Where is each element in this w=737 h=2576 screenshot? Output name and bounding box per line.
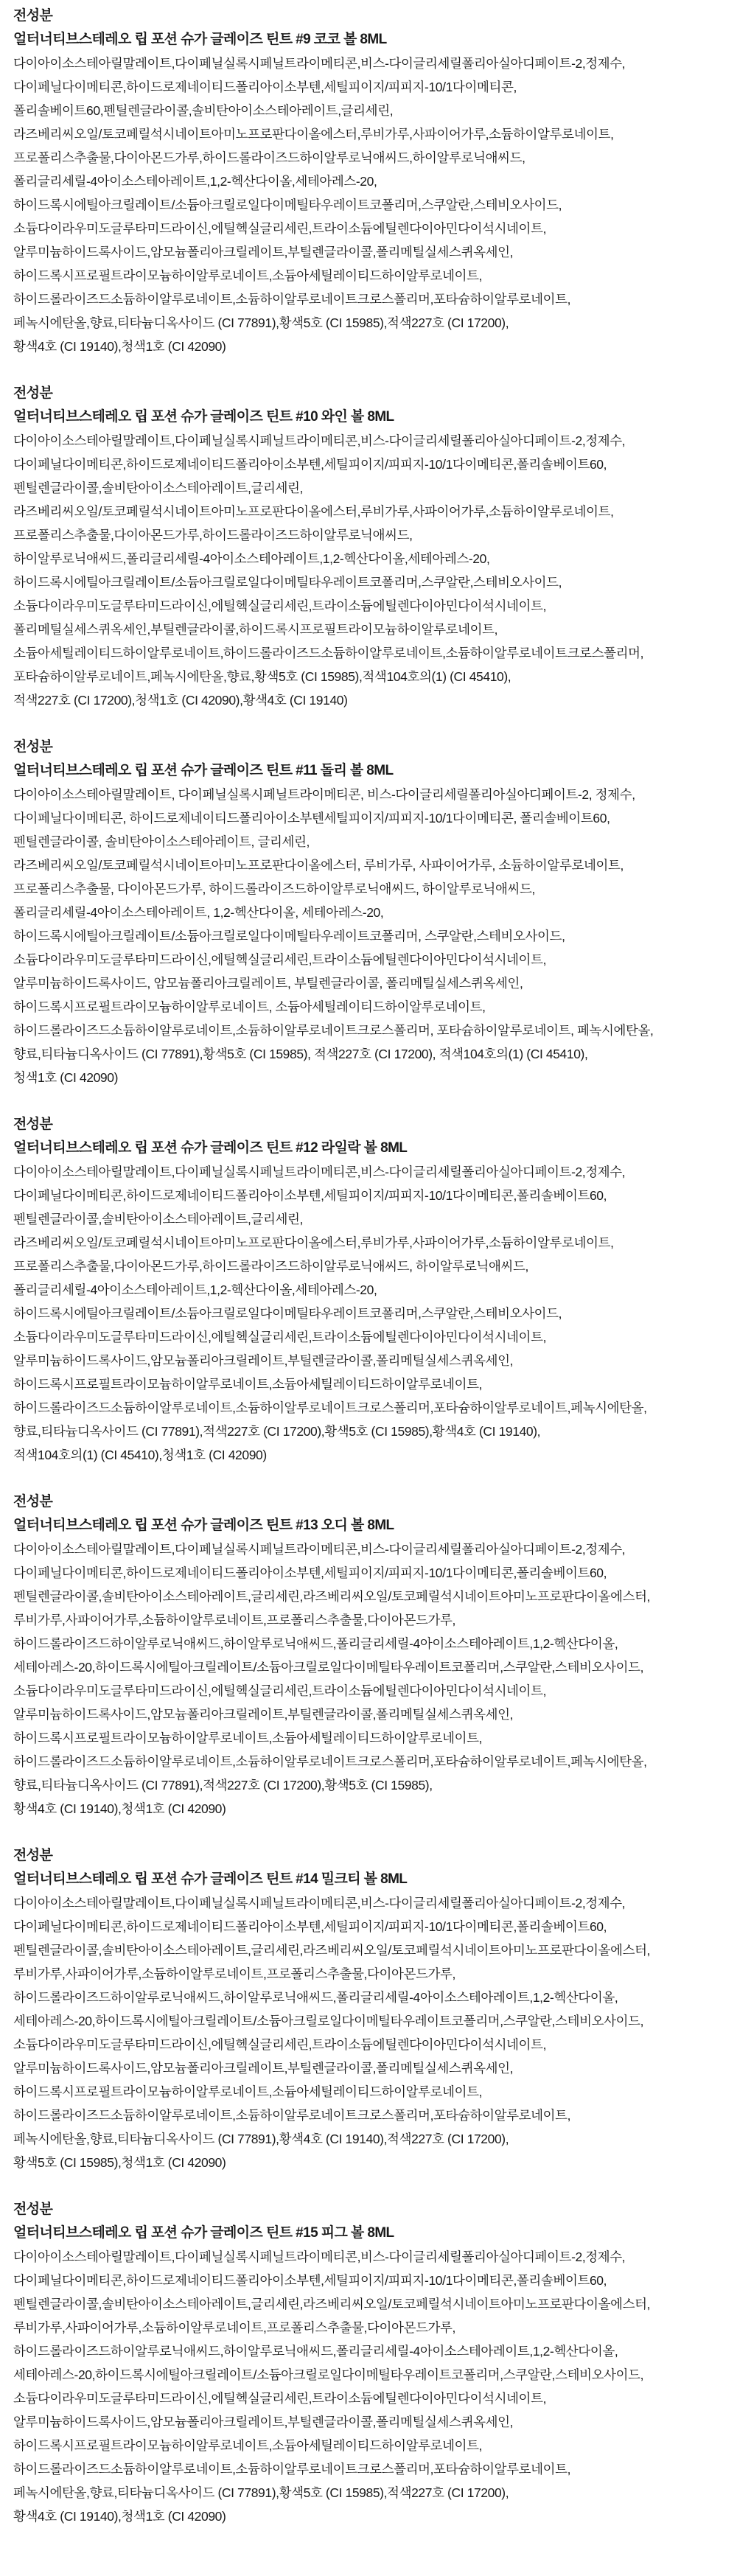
ingredients-line: 청색1호 (CI 42090) (13, 1066, 730, 1089)
ingredients-line: 페녹시에탄올,향료,티타늄디옥사이드 (CI 77891),황색4호 (CI 1… (13, 2127, 730, 2151)
ingredients-line: 다이아이소스테아릴말레이트,다이페닐실록시페닐트라이메티콘,비스-다이글리세릴폴… (13, 1160, 730, 1184)
ingredients-line: 알루미늄하이드록사이드,암모늄폴리아크릴레이트,부틸렌글라이콜,폴리메틸실세스퀴… (13, 1349, 730, 1372)
ingredients-line: 다이페닐다이메티콘,하이드로제네이티드폴리아이소부텐,세틸피이지/피피지-10/… (13, 2269, 730, 2292)
product-title: 얼터너티브스테레오 립 포션 슈가 글레이즈 틴트 #15 피그 볼 8ML (13, 2221, 730, 2245)
ingredients-line: 프로폴리스추출물,다이아몬드가루,하이드롤라이즈드하이알루로닉애씨드,하이알루로… (13, 146, 730, 170)
ingredients-line: 다이아이소스테아릴말레이트,다이페닐실록시페닐트라이메티콘,비스-다이글리세릴폴… (13, 1891, 730, 1915)
ingredients-section: 전성분 얼터너티브스테레오 립 포션 슈가 글레이즈 틴트 #12 라일락 볼 … (13, 1113, 730, 1467)
section-label: 전성분 (13, 4, 730, 28)
ingredients-line: 세테아레스-20,하이드록시에틸아크릴레이트/소듐아크릴로일다이메틸타우레이트코… (13, 2363, 730, 2387)
ingredients-line: 하이드록시에틸아크릴레이트/소듐아크릴로일다이메틸타우레이트코폴리머, 스쿠알란… (13, 924, 730, 948)
ingredients-line: 펜틸렌글라이콜,솔비탄아이소스테아레이트,글리세린,라즈베리씨오일/토코페릴석시… (13, 2292, 730, 2316)
ingredients-line: 하이드롤라이즈드소듐하이알루로네이트,소듐하이알루로네이트크로스폴리머,포타슘하… (13, 287, 730, 311)
ingredients-line: 하이드롤라이즈드소듐하이알루로네이트,소듐하이알루로네이트크로스폴리머, 포타슘… (13, 1019, 730, 1042)
ingredients-line: 소듐다이라우미도글루타미드라이신,에틸헥실글리세린,트라이소듐에틸렌다이아민다이… (13, 217, 730, 240)
ingredients-line: 폴리글리세릴-4아이소스테아레이트,1,2-헥산다이올,세테아레스-20, (13, 1278, 730, 1302)
ingredients-line: 페녹시에탄올,향료,티타늄디옥사이드 (CI 77891),황색5호 (CI 1… (13, 311, 730, 335)
ingredients-section: 전성분 얼터너티브스테레오 립 포션 슈가 글레이즈 틴트 #15 피그 볼 8… (13, 2198, 730, 2528)
ingredients-line: 프로폴리스추출물,다이아몬드가루,하이드롤라이즈드하이알루로닉애씨드, (13, 523, 730, 547)
ingredients-document: 전성분 얼터너티브스테레오 립 포션 슈가 글레이즈 틴트 #9 코코 볼 8M… (0, 0, 737, 2576)
ingredients-line: 소듐다이라우미도글루타미드라이신,에틸헥실글리세린,트라이소듐에틸렌다이아민다이… (13, 1325, 730, 1349)
ingredients-line: 루비가루,사파이어가루,소듐하이알루로네이트,프로폴리스추출물,다이아몬드가루, (13, 2316, 730, 2339)
ingredients-line: 라즈베리씨오일/토코페릴석시네이트아미노프로판다이올에스터, 루비가루, 사파이… (13, 854, 730, 877)
ingredients-line: 루비가루,사파이어가루,소듐하이알루로네이트,프로폴리스추출물,다이아몬드가루, (13, 1608, 730, 1632)
section-gap (13, 1821, 730, 1844)
ingredients-line: 다이아이소스테아릴말레이트,다이페닐실록시페닐트라이메티콘,비스-다이글리세릴폴… (13, 2245, 730, 2269)
ingredients-line: 하이드록시에틸아크릴레이트/소듐아크릴로일다이메틸타우레이트코폴리머,스쿠알란,… (13, 1302, 730, 1325)
ingredients-line: 다이페닐다이메티콘,하이드로제네이티드폴리아이소부텐,세틸피이지/피피지-10/… (13, 75, 730, 99)
ingredients-line: 알루미늄하이드록사이드,암모늄폴리아크릴레이트,부틸렌글라이콜,폴리메틸실세스퀴… (13, 2056, 730, 2080)
ingredients-line: 펜틸렌글라이콜,솔비탄아이소스테아레이트,글리세린,라즈베리씨오일/토코페릴석시… (13, 1585, 730, 1608)
ingredients-line: 소듐다이라우미도글루타미드라이신,에틸헥실글리세린,트라이소듐에틸렌다이아민다이… (13, 594, 730, 618)
ingredient-lines: 다이아이소스테아릴말레이트,다이페닐실록시페닐트라이메티콘,비스-다이글리세릴폴… (13, 429, 730, 712)
ingredients-line: 라즈베리씨오일/토코페릴석시네이트아미노프로판다이올에스터,루비가루,사파이어가… (13, 1231, 730, 1254)
ingredients-line: 알루미늄하이드록사이드,암모늄폴리아크릴레이트,부틸렌글라이콜,폴리메틸실세스퀴… (13, 2410, 730, 2434)
ingredients-line: 다이아이소스테아릴말레이트,다이페닐실록시페닐트라이메티콘,비스-다이글리세릴폴… (13, 52, 730, 75)
section-label: 전성분 (13, 736, 730, 759)
ingredients-line: 향료,티타늄디옥사이드 (CI 77891),적색227호 (CI 17200)… (13, 1773, 730, 1797)
section-label: 전성분 (13, 1490, 730, 1514)
ingredients-section: 전성분 얼터너티브스테레오 립 포션 슈가 글레이즈 틴트 #11 돌리 볼 8… (13, 736, 730, 1089)
ingredients-line: 향료,티타늄디옥사이드 (CI 77891),적색227호 (CI 17200)… (13, 1420, 730, 1443)
section-gap (13, 2174, 730, 2198)
ingredients-line: 라즈베리씨오일/토코페릴석시네이트아미노프로판다이올에스터,루비가루,사파이어가… (13, 500, 730, 523)
ingredients-line: 적색227호 (CI 17200),청색1호 (CI 42090),황색4호 (… (13, 688, 730, 712)
ingredients-line: 다이페닐다이메티콘, 하이드로제네이티드폴리아이소부텐세틸피이지/피피지-10/… (13, 806, 730, 830)
ingredients-line: 세테아레스-20,하이드록시에틸아크릴레이트/소듐아크릴로일다이메틸타우레이트코… (13, 1655, 730, 1679)
product-title: 얼터너티브스테레오 립 포션 슈가 글레이즈 틴트 #14 밀크티 볼 8ML (13, 1868, 730, 1891)
ingredients-line: 다이페닐다이메티콘,하이드로제네이티드폴리아이소부텐,세틸피이지/피피지-10/… (13, 1915, 730, 1938)
ingredients-line: 하이드롤라이즈드소듐하이알루로네이트,소듐하이알루로네이트크로스폴리머,포타슘하… (13, 1396, 730, 1420)
ingredients-line: 알루미늄하이드록사이드,암모늄폴리아크릴레이트,부틸렌글라이콜,폴리메틸실세스퀴… (13, 1703, 730, 1726)
ingredients-line: 세테아레스-20,하이드록시에틸아크릴레이트/소듐아크릴로일다이메틸타우레이트코… (13, 2009, 730, 2033)
ingredients-line: 하이드롤라이즈드하이알루로닉애씨드,하이알루로닉애씨드,폴리글리세릴-4아이소스… (13, 1986, 730, 2009)
product-title: 얼터너티브스테레오 립 포션 슈가 글레이즈 틴트 #13 오디 볼 8ML (13, 1514, 730, 1537)
section-gap (13, 1467, 730, 1490)
ingredients-line: 하이드롤라이즈드소듐하이알루로네이트,소듐하이알루로네이트크로스폴리머,포타슘하… (13, 2457, 730, 2481)
ingredients-line: 황색4호 (CI 19140),청색1호 (CI 42090) (13, 335, 730, 358)
ingredients-line: 펜틸렌글라이콜,솔비탄아이소스테아레이트,글리세린, (13, 476, 730, 500)
ingredients-line: 펜틸렌글라이콜,솔비탄아이소스테아레이트,글리세린,라즈베리씨오일/토코페릴석시… (13, 1938, 730, 1962)
ingredients-line: 황색4호 (CI 19140),청색1호 (CI 42090) (13, 2505, 730, 2528)
section-label: 전성분 (13, 382, 730, 405)
ingredients-line: 하이드록시프로필트라이모늄하이알루로네이트,소듐아세틸레이티드하이알루로네이트, (13, 1372, 730, 1396)
ingredients-section: 전성분 얼터너티브스테레오 립 포션 슈가 글레이즈 틴트 #10 와인 볼 8… (13, 382, 730, 712)
ingredients-line: 알루미늄하이드록사이드,암모늄폴리아크릴레이트,부틸렌글라이콜,폴리메틸실세스퀴… (13, 240, 730, 264)
ingredients-line: 하이드롤라이즈드소듐하이알루로네이트,소듐하이알루로네이트크로스폴리머,포타슘하… (13, 2104, 730, 2127)
ingredients-line: 다이페닐다이메티콘,하이드로제네이티드폴리아이소부텐,세틸피이지/피피지-10/… (13, 453, 730, 476)
product-title: 얼터너티브스테레오 립 포션 슈가 글레이즈 틴트 #11 돌리 볼 8ML (13, 759, 730, 783)
ingredients-line: 하이드롤라이즈드소듐하이알루로네이트,소듐하이알루로네이트크로스폴리머,포타슘하… (13, 1750, 730, 1773)
section-label: 전성분 (13, 1113, 730, 1137)
ingredients-line: 알루미늄하이드록사이드, 암모늄폴리아크릴레이트, 부틸렌글라이콜, 폴리메틸실… (13, 971, 730, 995)
ingredients-line: 하이드록시에틸아크릴레이트/소듐아크릴로일다이메틸타우레이트코폴리머,스쿠알란,… (13, 570, 730, 594)
ingredients-line: 폴리메틸실세스퀴옥세인,부틸렌글라이콜,하이드록시프로필트라이모늄하이알루로네이… (13, 618, 730, 641)
ingredients-line: 폴리글리세릴-4아이소스테아레이트,1,2-헥산다이올,세테아레스-20, (13, 170, 730, 193)
ingredients-line: 프로폴리스추출물, 다이아몬드가루, 하이드롤라이즈드하이알루로닉애씨드, 하이… (13, 877, 730, 901)
product-title: 얼터너티브스테레오 립 포션 슈가 글레이즈 틴트 #10 와인 볼 8ML (13, 405, 730, 429)
ingredients-line: 다이아이소스테아릴말레이트,다이페닐실록시페닐트라이메티콘,비스-다이글리세릴폴… (13, 1537, 730, 1561)
ingredients-line: 폴리솔베이트60,펜틸렌글라이콜,솔비탄아이소스테아레이트,글리세린, (13, 99, 730, 122)
ingredients-line: 하이드록시프로필트라이모늄하이알루로네이트,소듐아세틸레이티드하이알루로네이트, (13, 1726, 730, 1750)
ingredients-line: 펜틸렌글라이콜,솔비탄아이소스테아레이트,글리세린, (13, 1207, 730, 1231)
ingredients-section: 전성분 얼터너티브스테레오 립 포션 슈가 글레이즈 틴트 #13 오디 볼 8… (13, 1490, 730, 1821)
ingredients-line: 소듐다이라우미도글루타미드라이신,에틸헥실글리세린,트라이소듐에틸렌다이아민다이… (13, 948, 730, 971)
section-gap (13, 712, 730, 736)
section-label: 전성분 (13, 2198, 730, 2221)
ingredients-line: 하이드롤라이즈드하이알루로닉애씨드,하이알루로닉애씨드,폴리글리세릴-4아이소스… (13, 2339, 730, 2363)
ingredients-line: 소듐다이라우미도글루타미드라이신,에틸헥실글리세린,트라이소듐에틸렌다이아민다이… (13, 2387, 730, 2410)
section-gap (13, 1089, 730, 1113)
ingredients-line: 라즈베리씨오일/토코페릴석시네이트아미노프로판다이올에스터,루비가루,사파이어가… (13, 122, 730, 146)
ingredients-line: 다이아이소스테아릴말레이트, 다이페닐실록시페닐트라이메티콘, 비스-다이글리세… (13, 783, 730, 806)
ingredients-line: 향료,티타늄디옥사이드 (CI 77891),황색5호 (CI 15985), … (13, 1042, 730, 1066)
ingredient-sections: 전성분 얼터너티브스테레오 립 포션 슈가 글레이즈 틴트 #9 코코 볼 8M… (13, 4, 730, 2528)
ingredients-line: 황색5호 (CI 15985),청색1호 (CI 42090) (13, 2151, 730, 2174)
ingredients-line: 다이페닐다이메티콘,하이드로제네이티드폴리아이소부텐,세틸피이지/피피지-10/… (13, 1184, 730, 1207)
ingredients-line: 다이아이소스테아릴말레이트,다이페닐실록시페닐트라이메티콘,비스-다이글리세릴폴… (13, 429, 730, 453)
ingredients-line: 적색104호의(1) (CI 45410),청색1호 (CI 42090) (13, 1443, 730, 1467)
ingredients-line: 황색4호 (CI 19140),청색1호 (CI 42090) (13, 1797, 730, 1821)
section-gap (13, 358, 730, 382)
ingredients-line: 소듐아세틸레이티드하이알루로네이트,하이드롤라이즈드소듐하이알루로네이트,소듐하… (13, 641, 730, 665)
ingredients-line: 페녹시에탄올,향료,티타늄디옥사이드 (CI 77891),황색5호 (CI 1… (13, 2481, 730, 2505)
section-label: 전성분 (13, 1844, 730, 1868)
ingredients-line: 다이페닐다이메티콘,하이드로제네이티드폴리아이소부텐,세틸피이지/피피지-10/… (13, 1561, 730, 1585)
ingredient-lines: 다이아이소스테아릴말레이트,다이페닐실록시페닐트라이메티콘,비스-다이글리세릴폴… (13, 1160, 730, 1467)
ingredients-line: 하이드록시프로필트라이모늄하이알루로네이트,소듐아세틸레이티드하이알루로네이트, (13, 2080, 730, 2104)
ingredients-section: 전성분 얼터너티브스테레오 립 포션 슈가 글레이즈 틴트 #9 코코 볼 8M… (13, 4, 730, 358)
ingredients-line: 하이알루로닉애씨드,폴리글리세릴-4아이소스테아레이트,1,2-헥산다이올,세테… (13, 547, 730, 570)
ingredients-line: 하이드롤라이즈드하이알루로닉애씨드,하이알루로닉애씨드,폴리글리세릴-4아이소스… (13, 1632, 730, 1655)
ingredient-lines: 다이아이소스테아릴말레이트,다이페닐실록시페닐트라이메티콘,비스-다이글리세릴폴… (13, 52, 730, 358)
ingredients-line: 포타슘하이알루로네이트,페녹시에탄올,향료,황색5호 (CI 15985),적색… (13, 665, 730, 688)
ingredients-line: 폴리글리세릴-4아이소스테아레이트, 1,2-헥산다이올, 세테아레스-20, (13, 901, 730, 924)
ingredient-lines: 다이아이소스테아릴말레이트,다이페닐실록시페닐트라이메티콘,비스-다이글리세릴폴… (13, 1537, 730, 1821)
ingredients-line: 루비가루,사파이어가루,소듐하이알루로네이트,프로폴리스추출물,다이아몬드가루, (13, 1962, 730, 1986)
product-title: 얼터너티브스테레오 립 포션 슈가 글레이즈 틴트 #12 라일락 볼 8ML (13, 1137, 730, 1160)
ingredient-lines: 다이아이소스테아릴말레이트, 다이페닐실록시페닐트라이메티콘, 비스-다이글리세… (13, 783, 730, 1089)
ingredients-line: 하이드록시프로필트라이모늄하이알루로네이트,소듐아세틸레이티드하이알루로네이트, (13, 2434, 730, 2457)
ingredients-line: 하이드록시프로필트라이모늄하이알루로네이트,소듐아세틸레이티드하이알루로네이트, (13, 264, 730, 287)
ingredients-line: 프로폴리스추출물,다이아몬드가루,하이드롤라이즈드하이알루로닉애씨드, 하이알루… (13, 1254, 730, 1278)
ingredients-section: 전성분 얼터너티브스테레오 립 포션 슈가 글레이즈 틴트 #14 밀크티 볼 … (13, 1844, 730, 2174)
ingredients-line: 하이드록시에틸아크릴레이트/소듐아크릴로일다이메틸타우레이트코폴리머,스쿠알란,… (13, 193, 730, 217)
ingredients-line: 하이드록시프로필트라이모늄하이알루로네이트, 소듐아세틸레이티드하이알루로네이트… (13, 995, 730, 1019)
product-title: 얼터너티브스테레오 립 포션 슈가 글레이즈 틴트 #9 코코 볼 8ML (13, 28, 730, 52)
ingredients-line: 펜틸렌글라이콜, 솔비탄아이소스테아레이트, 글리세린, (13, 830, 730, 854)
ingredients-line: 소듐다이라우미도글루타미드라이신,에틸헥실글리세린,트라이소듐에틸렌다이아민다이… (13, 2033, 730, 2056)
ingredient-lines: 다이아이소스테아릴말레이트,다이페닐실록시페닐트라이메티콘,비스-다이글리세릴폴… (13, 1891, 730, 2174)
ingredients-line: 소듐다이라우미도글루타미드라이신,에틸헥실글리세린,트라이소듐에틸렌다이아민다이… (13, 1679, 730, 1703)
ingredient-lines: 다이아이소스테아릴말레이트,다이페닐실록시페닐트라이메티콘,비스-다이글리세릴폴… (13, 2245, 730, 2528)
